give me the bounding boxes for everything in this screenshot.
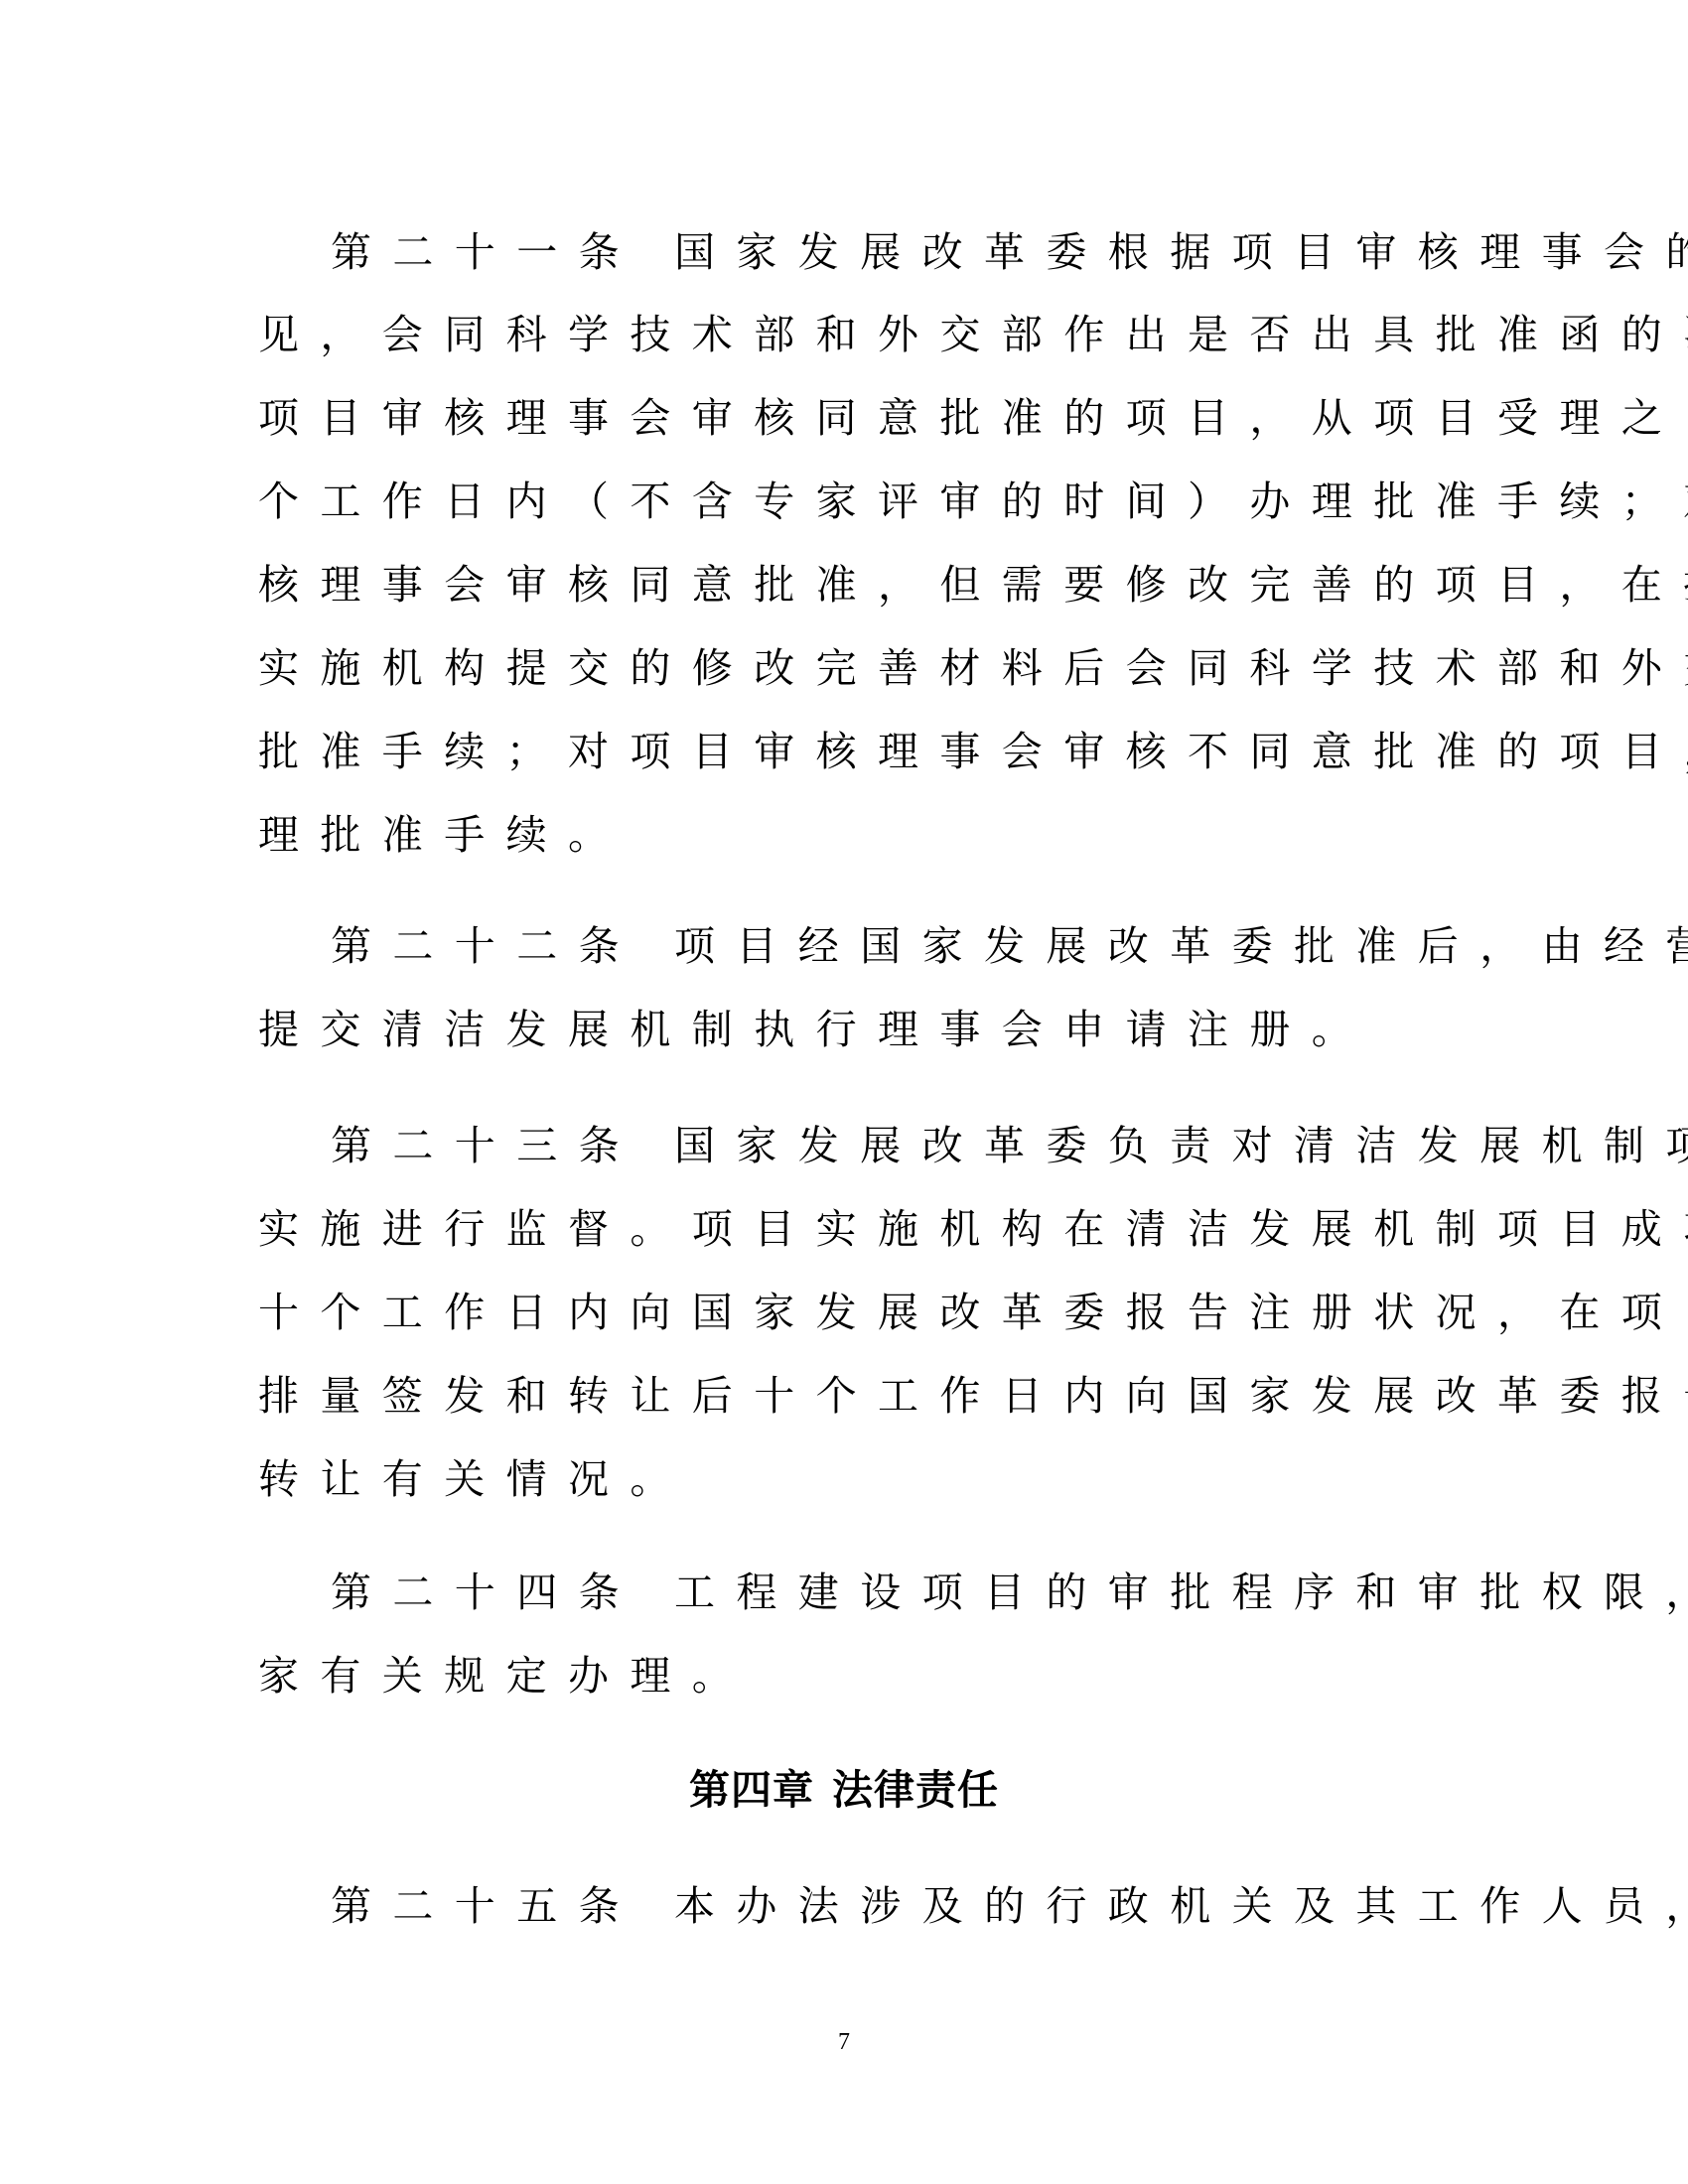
article-line: 转让有关情况。 (258, 1455, 1450, 1503)
article-first-line: 第二十五条本办法涉及的行政机关及其工作人员，在清 (331, 1882, 1522, 1930)
article-line: 见，会同科学技术部和外交部作出是否出具批准函的决定。对 (258, 311, 1450, 358)
article-line: 理批准手续。 (258, 811, 1450, 859)
article-first-line: 第二十一条国家发展改革委根据项目审核理事会的意 (331, 228, 1522, 276)
article-line: 项目审核理事会审核同意批准的项目，从项目受理之日起二十 (258, 394, 1450, 442)
article-title: 第二十三条 (331, 1122, 640, 1169)
article-line: 批准手续；对项目审核理事会审核不同意批准的项目，不予办 (258, 728, 1450, 775)
article-line: 排量签发和转让后十个工作日内向国家发展改革委报告签发和 (258, 1372, 1450, 1420)
article-text: 项目经国家发展改革委批准后，由经营实体 (674, 922, 1688, 970)
chapter-title: 法律责任 (832, 1766, 999, 1814)
article-first-line: 第二十四条工程建设项目的审批程序和审批权限，按国 (331, 1569, 1522, 1616)
page-number: 7 (0, 2029, 1688, 2055)
article-text: 国家发展改革委负责对清洁发展机制项目的 (674, 1122, 1688, 1169)
article-line: 个工作日内（不含专家评审的时间）办理批准手续；对项目审 (258, 478, 1450, 525)
article-line: 家有关规定办理。 (258, 1652, 1450, 1700)
article-text: 工程建设项目的审批程序和审批权限，按国 (674, 1569, 1688, 1616)
article-title: 第二十二条 (331, 922, 640, 970)
article-line: 核理事会审核同意批准，但需要修改完善的项目，在接到项目 (258, 561, 1450, 609)
article-text: 国家发展改革委根据项目审核理事会的意 (674, 228, 1688, 276)
chapter-heading: 第四章法律责任 (0, 1765, 1688, 1815)
article-line: 十个工作日内向国家发展改革委报告注册状况，在项目每次减 (258, 1289, 1450, 1336)
article-title: 第二十一条 (331, 228, 640, 276)
document-page: 第二十一条国家发展改革委根据项目审核理事会的意 见，会同科学技术部和外交部作出是… (0, 0, 1688, 2184)
chapter-number: 第四章 (689, 1766, 814, 1814)
article-text: 本办法涉及的行政机关及其工作人员，在清 (674, 1882, 1688, 1930)
article-first-line: 第二十三条国家发展改革委负责对清洁发展机制项目的 (331, 1122, 1522, 1169)
article-first-line: 第二十二条项目经国家发展改革委批准后，由经营实体 (331, 922, 1522, 970)
article-line: 实施进行监督。项目实施机构在清洁发展机制项目成功注册后 (258, 1205, 1450, 1253)
article-title: 第二十四条 (331, 1569, 640, 1616)
article-line: 实施机构提交的修改完善材料后会同科学技术部和外交部办理 (258, 644, 1450, 692)
article-line: 提交清洁发展机制执行理事会申请注册。 (258, 1006, 1450, 1053)
article-title: 第二十五条 (331, 1882, 640, 1930)
